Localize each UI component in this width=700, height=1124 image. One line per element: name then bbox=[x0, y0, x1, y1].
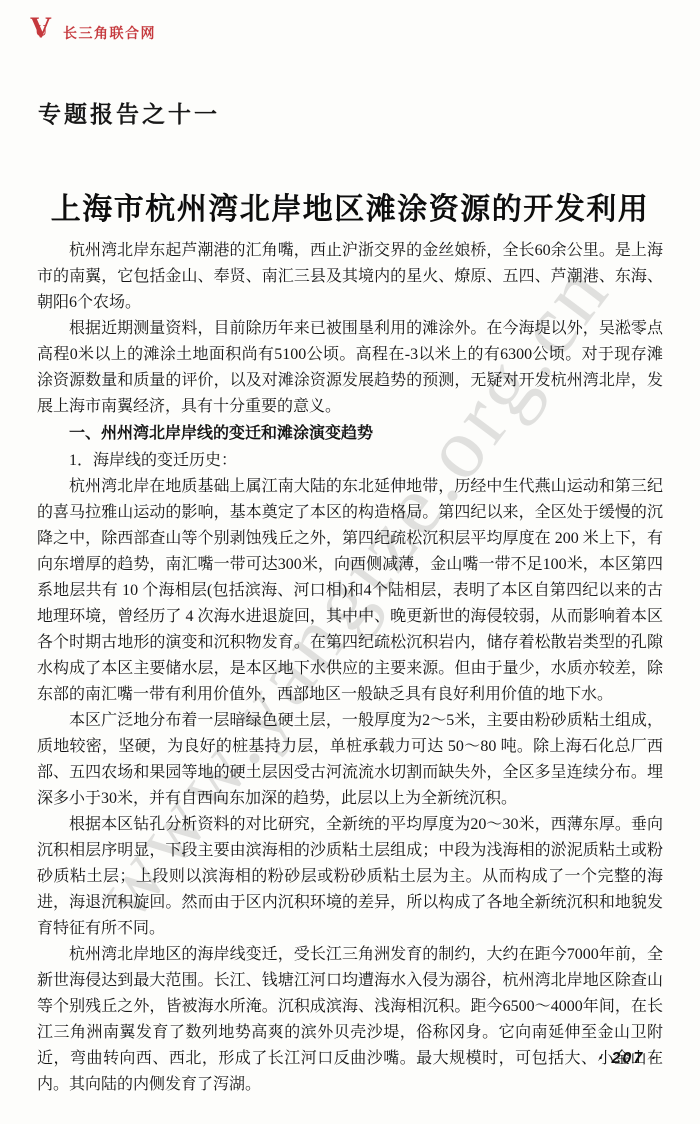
body-paragraph-2: 本区广泛地分布着一层暗绿色硬土层，一般厚度为2～5米，主要由粉砂质粘土组成，质地… bbox=[37, 708, 663, 812]
site-brand-name: 长三角联合网 bbox=[63, 23, 156, 43]
body-paragraph-1: 杭州湾北岸在地质基础上属江南大陆的东北延伸地带，历经中生代燕山运动和第三纪的喜马… bbox=[37, 474, 663, 708]
vu-monogram-u: U bbox=[35, 21, 47, 41]
body-paragraph-4: 杭州湾北岸地区的海岸线变迁，受长江三角洲发育的制约，大约在距今7000年前，全新… bbox=[37, 942, 663, 1098]
section-heading: 一、州州湾北岸岸线的变迁和滩涂演变趋势 bbox=[37, 420, 663, 447]
subsection-heading: 1．海岸线的变迁历史： bbox=[37, 447, 663, 474]
scanned-document-page: www.yangtze.org.cn V U 长三角联合网 专题报告之十一 上海… bbox=[0, 0, 700, 1124]
body-paragraph-3: 根据本区钻孔分析资料的对比研究，全新统的平均厚度为20～30米，西薄东厚。垂向沉… bbox=[37, 812, 663, 942]
page-number: · 207 · bbox=[598, 1050, 658, 1068]
document-title: 上海市杭州湾北岸地区滩涂资源的开发利用 bbox=[36, 184, 664, 228]
site-brand: V U 长三角联合网 bbox=[30, 16, 156, 50]
document-body: 杭州湾北岸东起芦潮港的汇角嘴，西止沪浙交界的金丝娘桥，全长60余公里。是上海市的… bbox=[37, 238, 663, 1098]
intro-paragraph-1: 杭州湾北岸东起芦潮港的汇角嘴，西止沪浙交界的金丝娘桥，全长60余公里。是上海市的… bbox=[37, 238, 663, 316]
report-series-label: 专题报告之十一 bbox=[38, 96, 220, 129]
intro-paragraph-2: 根据近期测量资料，目前除历年来已被围垦利用的滩涂外。在今海堤以外，吴淞零点高程0… bbox=[37, 316, 663, 420]
vu-monogram-icon: V U bbox=[30, 16, 56, 50]
